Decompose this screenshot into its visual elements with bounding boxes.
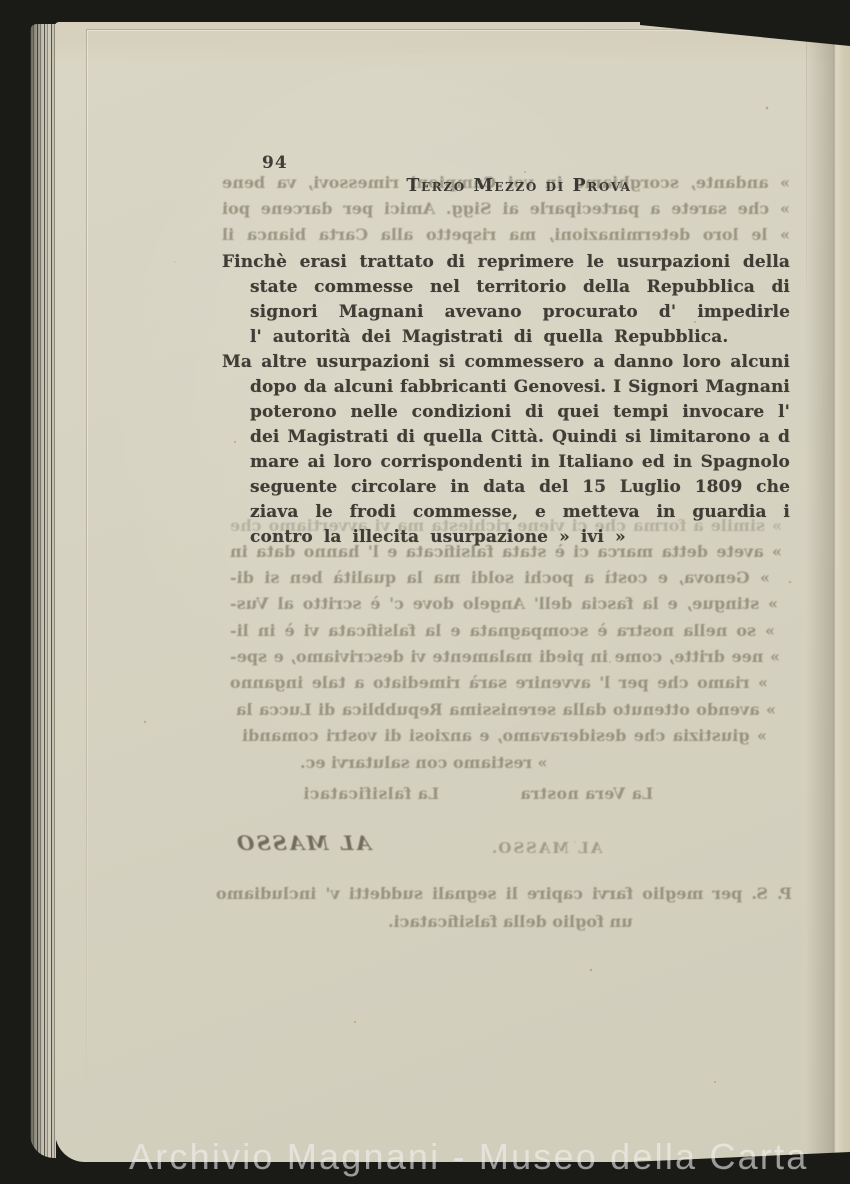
body-text-column: Finchè erasi trattato di reprimere le us…: [222, 250, 790, 550]
bleedthrough-line: » le loro determinazioni, ma rispetto al…: [222, 225, 790, 245]
text-line: Finchè erasi trattato di reprimere le us…: [222, 250, 790, 275]
text-line: seguente circolare in data del 15 Luglio…: [250, 475, 790, 500]
text-line: poterono nelle condizioni di quei tempi …: [250, 400, 790, 425]
text-line: dei Magistrati di quella Città. Quindi s…: [250, 425, 790, 450]
page-number: 94: [262, 153, 288, 173]
bleedthrough-line: » stingue, e la fascia dell' Angelo dove…: [230, 594, 778, 614]
bleedthrough-line: » avendo ottenuto dalla serenissima Repu…: [236, 700, 776, 720]
bleedthrough-line: un foglio della falsificataci.: [388, 912, 633, 932]
text-line: dopo da alcuni fabbricanti Genovesi. I S…: [250, 375, 790, 400]
archive-watermark: Archivio Magnani - Museo della Carta: [129, 1136, 808, 1178]
bleedthrough-line: » Genova, e costì a pochi soldi ma la qu…: [230, 568, 770, 588]
book-page: » andante, scorghiamo in voi Campioni ri…: [55, 22, 833, 1162]
text-line: l' autorità dei Magistrati di quella Rep…: [250, 325, 790, 350]
bleedthrough-line: AL MASSO.: [490, 838, 602, 858]
text-line: mare ai loro corrispondenti in Italiano …: [250, 450, 790, 475]
bleedthrough-line: AL MASSO: [235, 833, 371, 853]
bleedthrough-line: La falsificataci: [303, 784, 439, 804]
bleedthrough-line: » giustizia che desideravamo, e anziosi …: [242, 726, 767, 746]
bleedthrough-line: » nee dritte, come in piedi malamente vi…: [230, 647, 780, 667]
bleedthrough-line: » che sarete a parteciparle ai Sigg. Ami…: [222, 199, 790, 219]
book-scan: » andante, scorghiamo in voi Campioni ri…: [0, 0, 850, 1184]
text-line: ziava le frodi commesse, e metteva in gu…: [250, 500, 790, 525]
text-fragment: Finchè erasi trattato di reprimere le us…: [222, 252, 790, 272]
text-line: contro la illecita usurpazione » ivi »: [250, 525, 790, 550]
page-stack-edges: [30, 24, 56, 1158]
text-line: state commesse nel territorio della Repu…: [250, 275, 790, 300]
bleedthrough-line: P. S. per meglio farvi capire li segnali…: [216, 884, 792, 904]
text-line: Ma altre usurpazioni si commessero a dan…: [222, 350, 790, 375]
chapter-heading: Terzo Mezzo di Prova: [222, 176, 790, 196]
bleedthrough-line: » so nella nostra è scompagnata e la fal…: [230, 621, 775, 641]
adjacent-page-edge: [833, 34, 850, 1156]
bleedthrough-line: » riamo che per l' avvenire sarà rimedia…: [230, 673, 768, 693]
bleedthrough-line: » restiamo con salutarvi ec.: [300, 753, 548, 773]
text-line: signori Magnani avevano procurato d' imp…: [250, 300, 790, 325]
bleedthrough-line: La Vera nostra: [520, 784, 653, 804]
